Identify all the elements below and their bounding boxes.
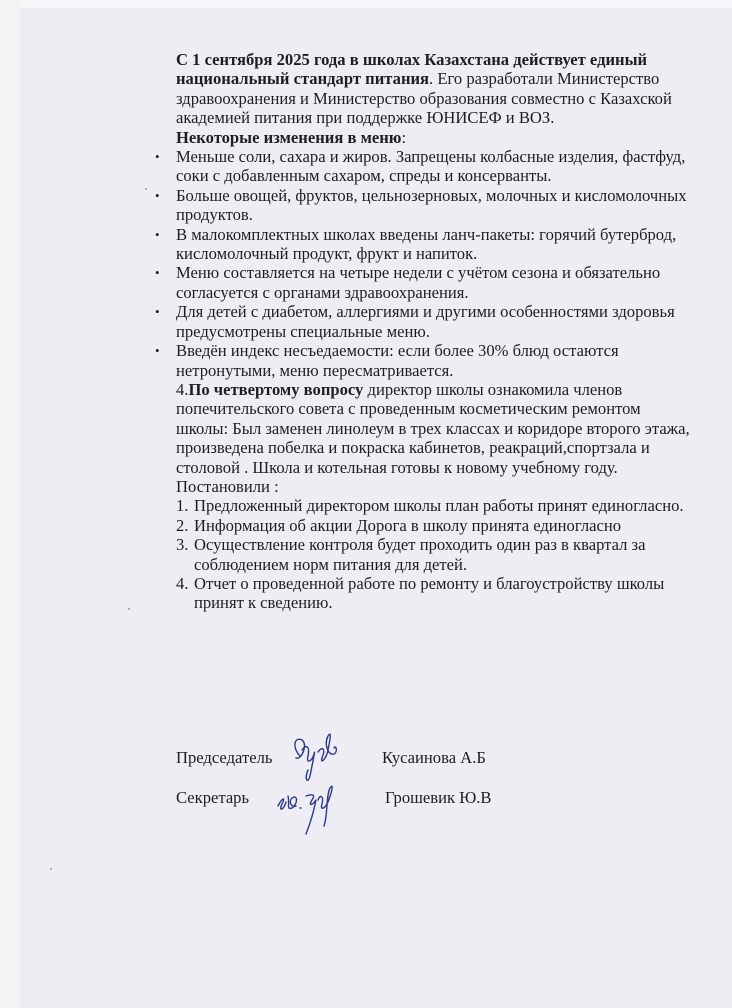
bullet-icon: • <box>155 147 160 166</box>
list-item: •Введён индекс несъедаемости: если более… <box>176 341 696 380</box>
resolved-list: 1.Предложенный директором школы план раб… <box>176 496 676 612</box>
secretary-signature-row: Секретарь Грошевик Ю.В <box>176 788 576 828</box>
bullet-icon: • <box>155 302 160 321</box>
scan-border-top <box>0 0 732 8</box>
secretary-role: Секретарь <box>176 788 249 808</box>
bullet-icon: • <box>155 263 160 282</box>
list-item: 4.Отчет о проведенной работе по ремонту … <box>176 574 694 613</box>
scan-speck <box>50 868 52 870</box>
list-item: •В малокомплектных школах введены ланч-п… <box>176 225 696 264</box>
chair-signature-row: Председатель Кусаинова А.Б <box>176 748 576 788</box>
menu-changes-heading: Некоторые изменения в меню: <box>176 128 676 147</box>
list-item: •Меню составляется на четыре недели с уч… <box>176 263 696 302</box>
list-item: 3.Осуществление контроля будет проходить… <box>176 535 694 574</box>
item-number: 3. <box>176 535 188 554</box>
bullet-icon: • <box>155 341 160 360</box>
list-item: •Для детей с диабетом, аллергиями и друг… <box>176 302 696 341</box>
scan-speck <box>145 188 147 190</box>
section-number: 4. <box>176 380 188 399</box>
chair-role: Председатель <box>176 748 272 768</box>
list-item: •Меньше соли, сахара и жиров. Запрещены … <box>176 147 696 186</box>
signature-block: Председатель Кусаинова А.Б Секретарь Гро… <box>176 748 576 828</box>
item-number: 4. <box>176 574 188 593</box>
secretary-name: Грошевик Ю.В <box>385 788 491 808</box>
section-4-paragraph: 4.По четвертому вопросу директор школы о… <box>176 380 696 477</box>
bullet-icon: • <box>155 225 160 244</box>
menu-changes-list: •Меньше соли, сахара и жиров. Запрещены … <box>176 147 676 380</box>
list-item: 2.Информация об акции Дорога в школу при… <box>176 516 694 535</box>
chair-signature-icon <box>288 726 348 788</box>
resolved-title: Постановили : <box>176 477 676 496</box>
intro-paragraph: С 1 сентября 2025 года в школах Казахста… <box>176 50 676 128</box>
chair-name: Кусаинова А.Б <box>382 748 486 768</box>
document-body: С 1 сентября 2025 года в школах Казахста… <box>176 50 676 613</box>
item-number: 2. <box>176 516 188 535</box>
section-4-bold-lead: По четвертому вопросу <box>188 380 363 399</box>
scan-border-left <box>0 0 20 1008</box>
item-number: 1. <box>176 496 188 515</box>
list-item: •Больше овощей, фруктов, цельнозерновых,… <box>176 186 696 225</box>
scan-speck <box>128 608 130 610</box>
bullet-icon: • <box>155 186 160 205</box>
list-item: 1.Предложенный директором школы план раб… <box>176 496 694 515</box>
secretary-signature-icon <box>272 780 352 842</box>
